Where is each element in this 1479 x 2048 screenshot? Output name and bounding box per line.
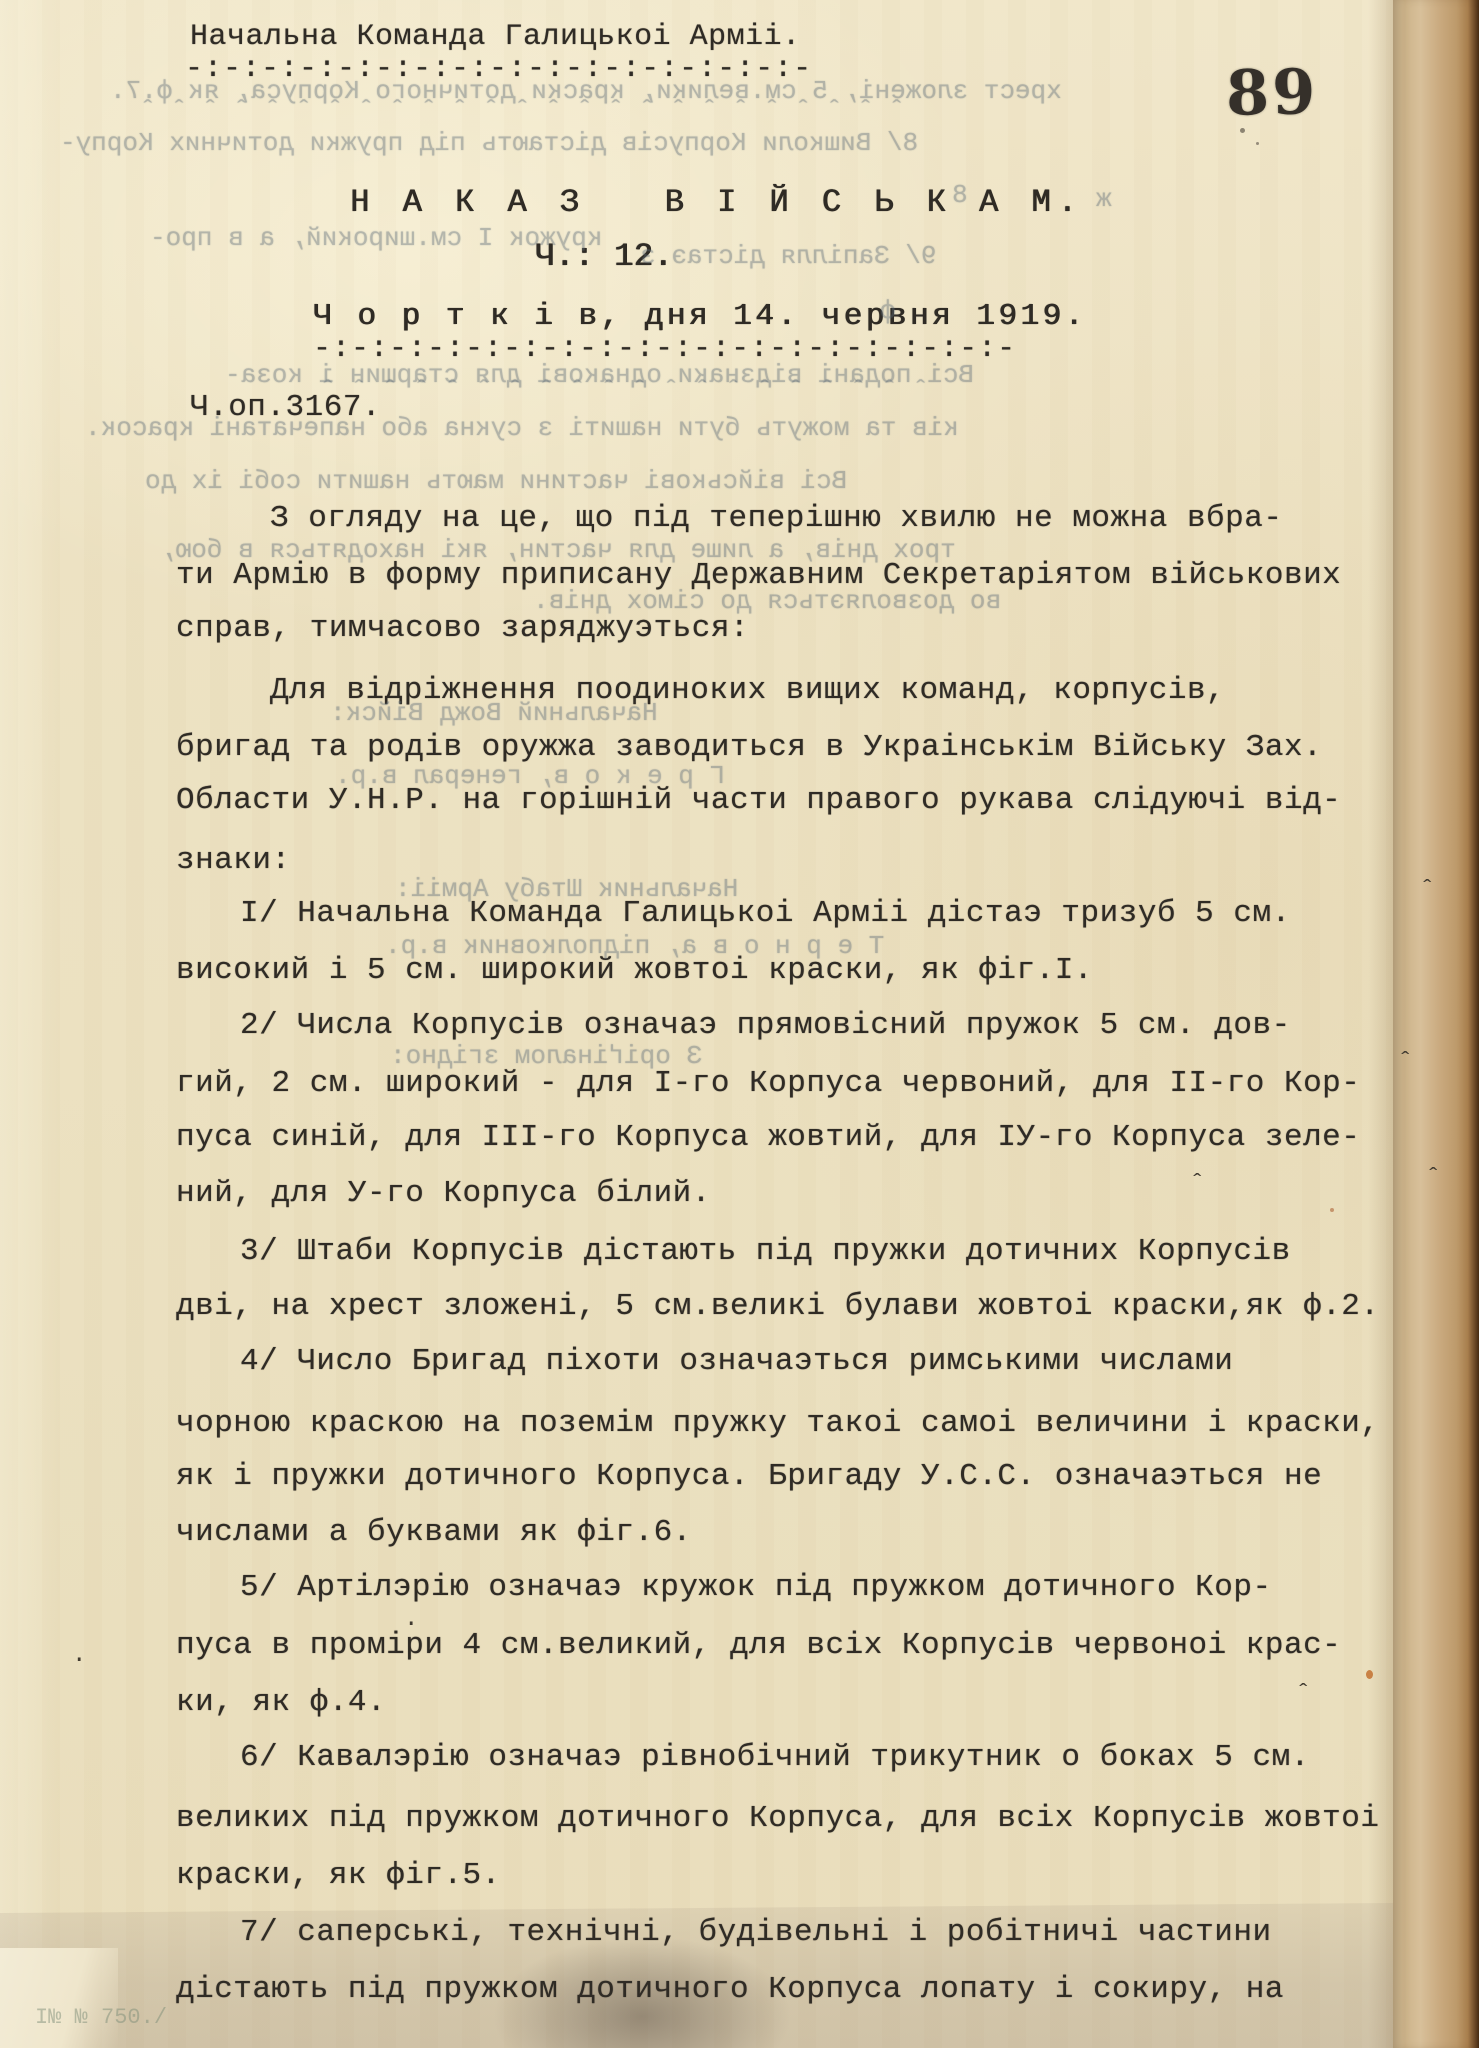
registry-number-fragment: І№ № 750./ xyxy=(35,2005,167,2030)
scanned-document-page: Начальна Команда Галицькоі Арміі. -:-:-:… xyxy=(0,0,1479,2048)
bleedthrough-text-line: трох днів, а лише для частин, які находя… xyxy=(160,537,956,564)
document-text-line: ний, для У-го Корпуса білий. xyxy=(176,1178,711,1211)
overstrike-mark: ˆ xyxy=(1296,1682,1311,1707)
overstrike-mark: ˆ xyxy=(1420,878,1435,903)
paper-speck xyxy=(1366,1670,1373,1679)
document-text-line: чорною краскою на поземім пружку такоі с… xyxy=(176,1408,1380,1441)
document-text-line: числами а буквами як фіг.6. xyxy=(176,1517,692,1550)
bleedthrough-text-line: во дозволяэться до сімох днів. xyxy=(533,588,1001,615)
document-text-line: 6/ Кавалэрію означаэ рівнобічний трикутн… xyxy=(240,1742,1310,1775)
bleedthrough-text-line: Всі подані відзнаки однакові для старшин… xyxy=(225,362,974,389)
paper-speck xyxy=(1330,1208,1334,1212)
document-text-line: 4/ Число Бригад піхоти означаэться римсь… xyxy=(240,1346,1233,1379)
bleedthrough-text-line: Г р е к о в, генерал в.р. xyxy=(335,763,725,790)
bleedthrough-text-line: ж xyxy=(1096,186,1112,213)
place-and-date: Ч о р т к і в, дня 14. червня 1919. xyxy=(313,301,1087,334)
bleedthrough-text-line: ˆ ˆ ˆ ˆ ˆ ˆ ˆ ˆ ˆ ˆ ˆ ˆ ˆ ˆ ˆ ˆ ˆ ˆ ˆ ˆ … xyxy=(140,98,905,125)
document-text-line: краски, як фіг.5. xyxy=(176,1860,501,1893)
bleedthrough-text-line: ків та можуть бути нашиті з сукна або на… xyxy=(85,415,959,442)
document-text-line: ки, як ф.4. xyxy=(176,1687,386,1720)
document-text-line: 2/ Числа Корпусів означаэ прямовісний пр… xyxy=(240,1010,1291,1043)
document-text-line: З огляду на це, що під теперішню хвилю н… xyxy=(270,503,1282,536)
document-text-line: великих під пружком дотичного Корпуса, д… xyxy=(176,1803,1380,1836)
bleedthrough-text-line: 8/ Вишколи Корпусів дістають під пружки … xyxy=(60,130,918,157)
document-text-line: як і пружки дотичного Корпуса. Бригаду У… xyxy=(176,1461,1322,1494)
book-page-stack-edge xyxy=(1393,0,1479,2048)
document-header: Начальна Команда Галицькоі Арміі. xyxy=(190,22,801,54)
bleedthrough-text-line: Всі військові частини мають нашити собі … xyxy=(145,468,847,495)
overstrike-mark: ˆ xyxy=(1190,1172,1205,1197)
document-text-line: бригад та родів оружжа заводиться в Укра… xyxy=(176,732,1322,765)
overstrike-mark: ˆ xyxy=(1426,1166,1441,1191)
document-text-line: 3/ Штаби Корпусів дістають під пружки до… xyxy=(240,1236,1291,1269)
document-text-line: пуса в проміри 4 см.великий, для всіх Ко… xyxy=(176,1630,1341,1663)
document-text-line: дві, на хрест зложені, 5 см.великі булав… xyxy=(176,1291,1380,1324)
document-text-line: пуса синій, для ІІІ-го Корпуса жовтий, д… xyxy=(176,1122,1360,1155)
document-title: Н А К А З В І Й С Ь К А М. xyxy=(350,186,1084,220)
overstrike-mark: · xyxy=(404,1612,419,1637)
document-text-line: знаки: xyxy=(176,845,291,878)
bleedthrough-text-line: Начальний Вожд Війск: xyxy=(330,700,658,727)
bleedthrough-text-line: ф xyxy=(880,298,896,325)
ink-speck xyxy=(1256,142,1259,145)
underlying-page-corner xyxy=(0,1948,118,2048)
bleedthrough-text-line: Т е р н о в а, підполковник в.р. xyxy=(385,933,884,960)
document-text-line: 5/ Артілэрію означаэ кружок під пружком … xyxy=(240,1572,1272,1605)
bleedthrough-text-line: 8 xyxy=(952,182,968,209)
document-text-line: справ, тимчасово заряджуэться: xyxy=(176,613,749,646)
bleedthrough-text-line: 9/ Запілля дістаэ з xyxy=(640,243,936,270)
page-edge-shadow xyxy=(1368,0,1393,2048)
bleedthrough-text-line: кружок І см.широкий, а в про- xyxy=(150,225,602,252)
document-text-line: 7/ саперські, технічні, будівельні і роб… xyxy=(240,1917,1272,1950)
document-text-line: гий, 2 см. широкий - для І-го Корпуса че… xyxy=(176,1068,1360,1101)
overstrike-mark: · xyxy=(72,1648,87,1673)
document-text-line: дістають під пружком дотичного Корпуса л… xyxy=(176,1974,1284,2007)
bleedthrough-text-line: З оріґіналом згідно: xyxy=(390,1043,702,1070)
page-number-stamp: 89 xyxy=(1225,55,1319,130)
bleedthrough-text-line: Начальник Штабу Арміі: xyxy=(395,876,738,903)
overstrike-mark: ˆ xyxy=(1398,1050,1413,1075)
